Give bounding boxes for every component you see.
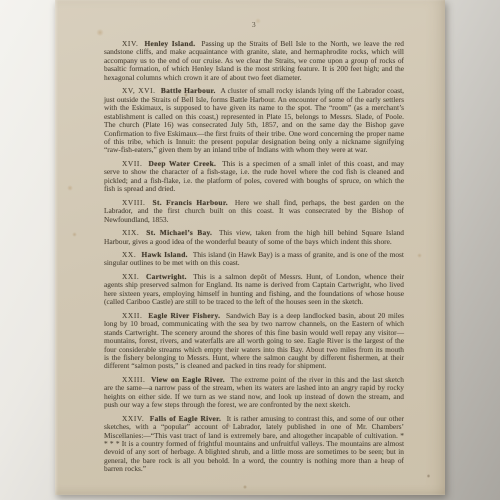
entry-text: A cluster of small rocky islands lying o… (104, 86, 404, 154)
entry-paragraph: XV, XVI. Battle Harbour. A cluster of sm… (104, 87, 404, 155)
photo-background: 3 XIV. Henley Island. Passing up the Str… (0, 0, 500, 500)
entry-paragraph: XXIII. View on Eagle River. The extreme … (104, 376, 404, 410)
entry-paragraph: XVII. Deep Water Creek. This is a specim… (104, 160, 404, 194)
entry-text: Sandwich Bay is a deep landlocked basin,… (104, 311, 404, 371)
entry-text: The extreme point of the river in this a… (104, 375, 404, 409)
entry-text: Here we shall find, perhaps, the best ga… (104, 198, 404, 224)
book-page: 3 XIV. Henley Island. Passing up the Str… (55, 0, 445, 495)
entry-paragraph: XXII. Eagle River Fishery. Sandwich Bay … (104, 312, 404, 371)
entry-paragraph: XXIV. Falls of Eagle River. It is rather… (104, 415, 404, 474)
entry-paragraph: XVIII. St. Francis Harbour. Here we shal… (104, 199, 404, 224)
page-number: 3 (104, 20, 404, 29)
entry-paragraph: XIV. Henley Island. Passing up the Strai… (104, 40, 404, 82)
entry-paragraph: XX. Hawk Island. This island (in Hawk Ba… (104, 251, 404, 268)
entry-text: It is rather amusing to contrast this, a… (104, 414, 404, 474)
entry-paragraph: XXI. Cartwright. This is a salmon depôt … (104, 273, 404, 307)
entry-paragraph: XIX. St. Michael’s Bay. This view, taken… (104, 229, 404, 246)
